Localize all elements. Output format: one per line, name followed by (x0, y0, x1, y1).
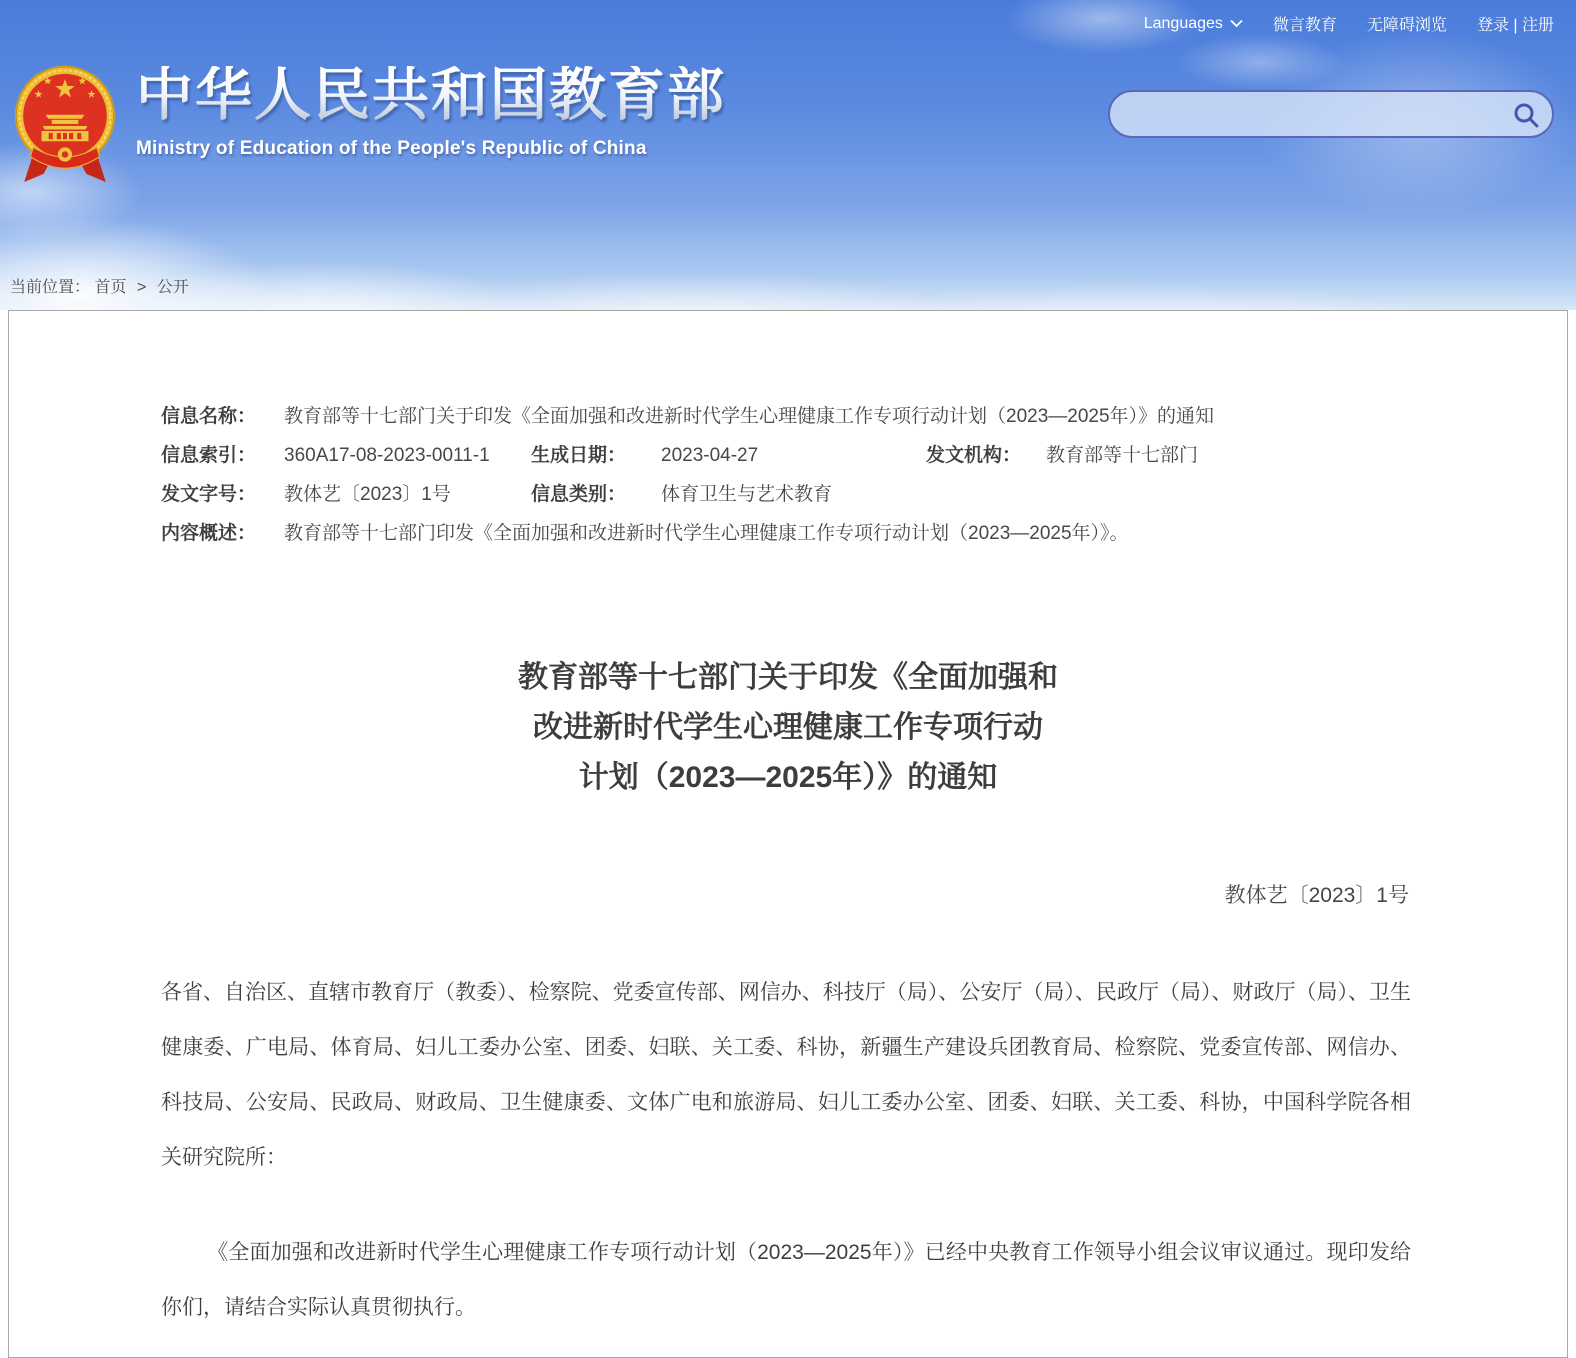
breadcrumb-home[interactable]: 首页 (94, 279, 126, 296)
document-title-line3: 计划（2023—2025年）》的通知 (9, 753, 1567, 803)
logo-text: 中华人民共和国教育部 Ministry of Education of the … (136, 64, 726, 160)
meta-row-index-date-agency: 信息索引： 360A17-08-2023-0011-1 生成日期： 2023-0… (161, 436, 1411, 475)
meta-date-value: 2023-04-27 (661, 436, 926, 475)
meta-name-label: 信息名称： (161, 397, 284, 436)
site-header: Languages 微言教育 无障碍浏览 登录 | 注册 (0, 0, 1576, 310)
meta-category-label: 信息类别： (531, 475, 661, 514)
breadcrumb-prefix: 当前位置： (10, 279, 90, 296)
document-body: 各省、自治区、直辖市教育厅（教委）、检察院、党委宣传部、网信办、科技厅（局）、公… (9, 965, 1567, 1335)
meta-row-docnum-category: 发文字号： 教体艺〔2023〕1号 信息类别： 体育卫生与艺术教育 (161, 475, 1411, 514)
site-title-en: Ministry of Education of the People's Re… (136, 138, 726, 160)
meta-agency-label: 发文机构： (926, 436, 1046, 475)
site-title-cn: 中华人民共和国教育部 (136, 66, 726, 126)
top-nav: Languages 微言教育 无障碍浏览 登录 | 注册 (1144, 12, 1554, 35)
top-nav-wechat-edu[interactable]: 微言教育 (1273, 12, 1337, 35)
search-button[interactable] (1512, 101, 1540, 129)
top-nav-login-register[interactable]: 登录 | 注册 (1477, 12, 1554, 35)
breadcrumb-current[interactable]: 公开 (157, 279, 189, 296)
site-logo[interactable]: 中华人民共和国教育部 Ministry of Education of the … (14, 64, 726, 194)
meta-summary-value: 教育部等十七部门印发《全面加强和改进新时代学生心理健康工作专项行动计划（2023… (284, 514, 1411, 553)
meta-name-value: 教育部等十七部门关于印发《全面加强和改进新时代学生心理健康工作专项行动计划（20… (284, 397, 1411, 436)
search-input[interactable] (1110, 92, 1552, 136)
search-box (1108, 90, 1554, 138)
document-meta: 信息名称： 教育部等十七部门关于印发《全面加强和改进新时代学生心理健康工作专项行… (9, 311, 1567, 553)
meta-summary-label: 内容概述： (161, 514, 284, 553)
breadcrumb: 当前位置： 首页 > 公开 (10, 274, 189, 297)
document-title-line2: 改进新时代学生心理健康工作专项行动 (9, 703, 1567, 753)
document-title-line1: 教育部等十七部门关于印发《全面加强和 (9, 653, 1567, 703)
search-icon (1512, 101, 1540, 129)
meta-docnum-label: 发文字号： (161, 475, 284, 514)
meta-docnum-value: 教体艺〔2023〕1号 (284, 475, 531, 514)
meta-category-value: 体育卫生与艺术教育 (661, 475, 1411, 514)
top-nav-accessibility[interactable]: 无障碍浏览 (1367, 12, 1447, 35)
meta-agency-value: 教育部等十七部门 (1046, 436, 1411, 475)
document-paragraph-notice: 《全面加强和改进新时代学生心理健康工作专项行动计划（2023—2025年）》已经… (161, 1225, 1411, 1335)
languages-menu[interactable]: Languages (1144, 15, 1243, 33)
languages-label: Languages (1144, 15, 1223, 33)
meta-row-name: 信息名称： 教育部等十七部门关于印发《全面加强和改进新时代学生心理健康工作专项行… (161, 397, 1411, 436)
meta-index-value: 360A17-08-2023-0011-1 (284, 436, 531, 475)
chevron-down-icon (1230, 19, 1243, 28)
meta-row-summary: 内容概述： 教育部等十七部门印发《全面加强和改进新时代学生心理健康工作专项行动计… (161, 514, 1411, 553)
document-paragraph-recipients: 各省、自治区、直辖市教育厅（教委）、检察院、党委宣传部、网信办、科技厅（局）、公… (161, 965, 1411, 1185)
meta-index-label: 信息索引： (161, 436, 284, 475)
content-panel: 信息名称： 教育部等十七部门关于印发《全面加强和改进新时代学生心理健康工作专项行… (8, 310, 1568, 1358)
breadcrumb-separator: > (137, 279, 146, 296)
document-number: 教体艺〔2023〕1号 (9, 879, 1567, 909)
national-emblem-icon (14, 64, 116, 194)
meta-date-label: 生成日期： (531, 436, 661, 475)
document-title: 教育部等十七部门关于印发《全面加强和 改进新时代学生心理健康工作专项行动 计划（… (9, 653, 1567, 803)
